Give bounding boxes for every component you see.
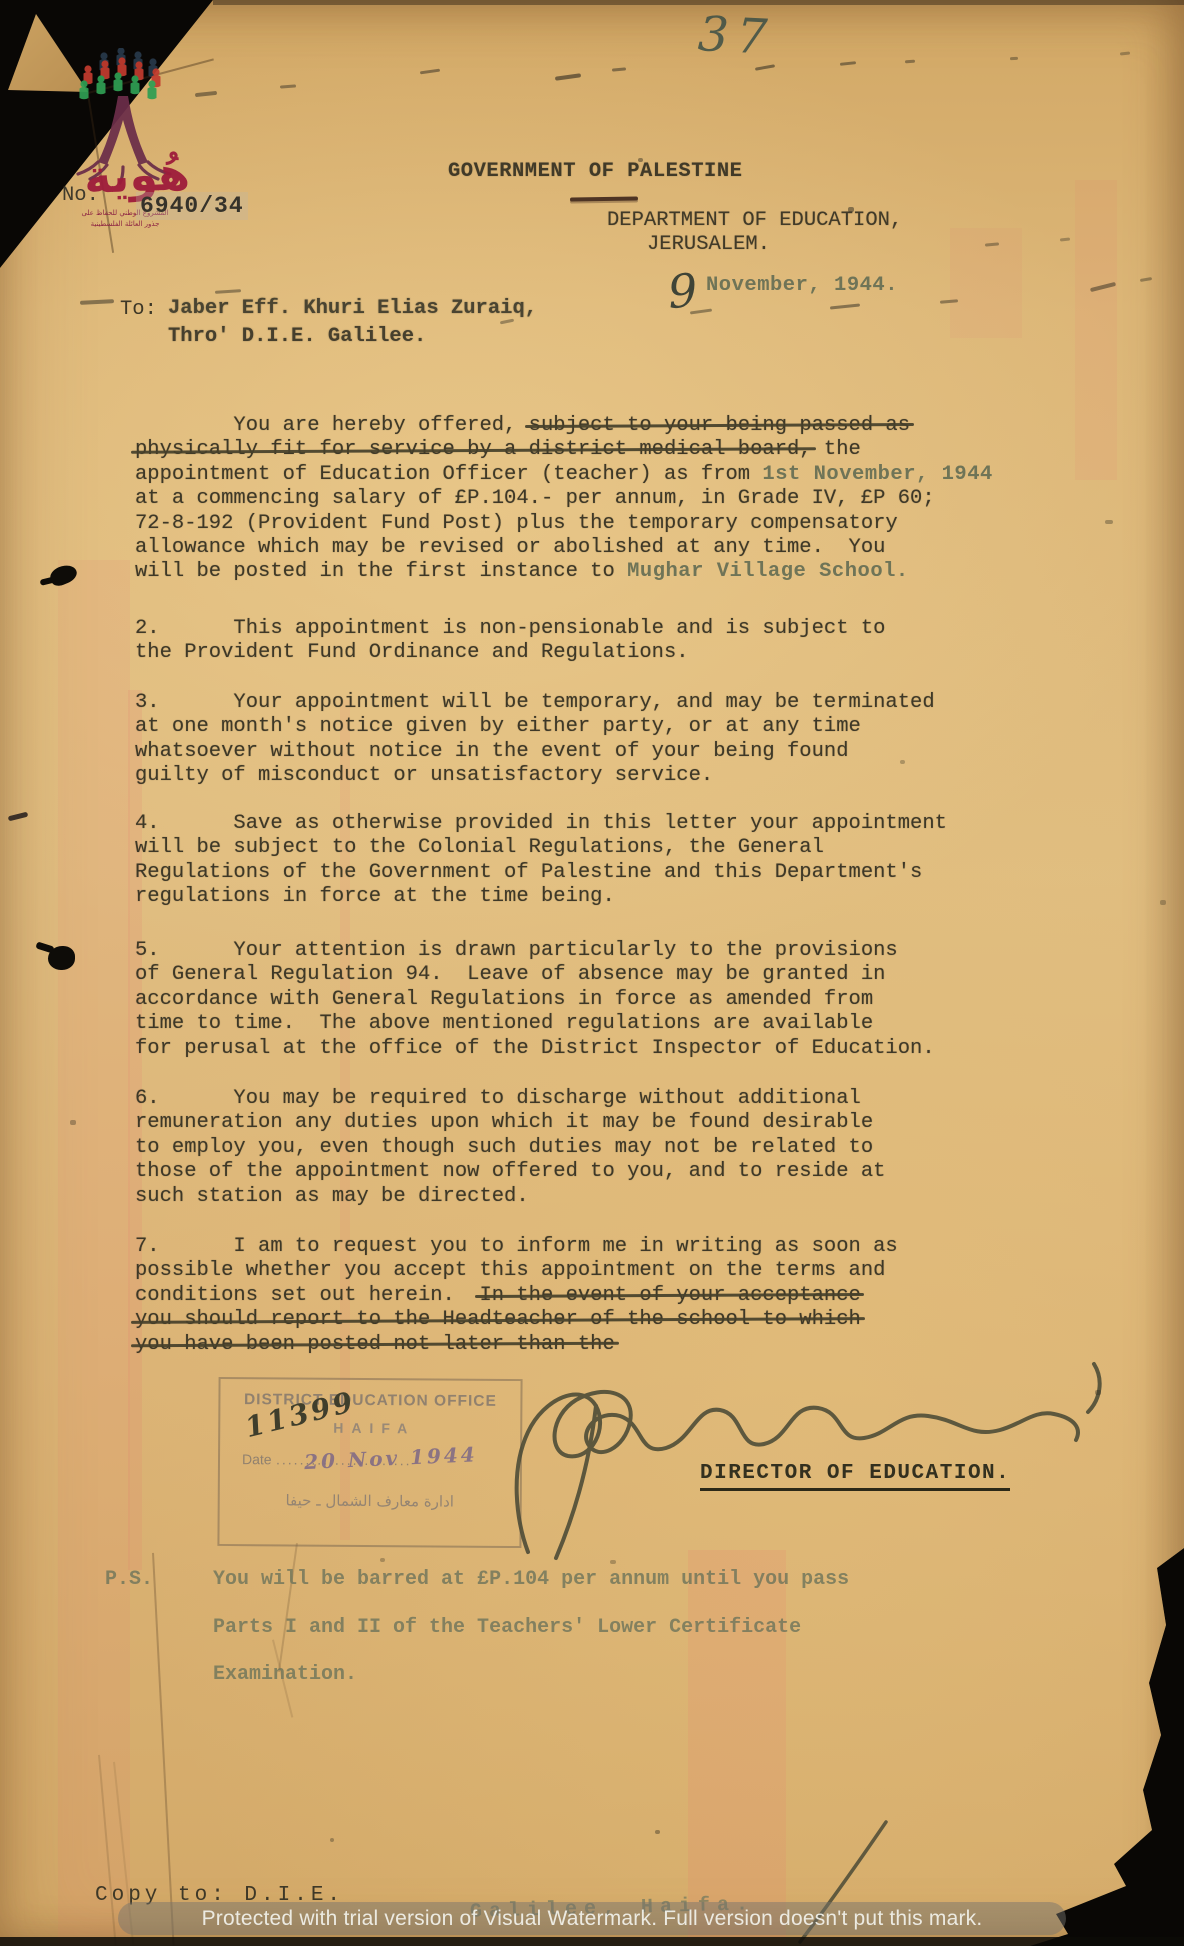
ps-line: P.S. You will be barred at £P.104 per an… [105, 1556, 849, 1604]
ps-block: P.S. You will be barred at £P.104 per an… [105, 1556, 849, 1699]
letter-line: the Provident Fund Ordinance and Regulat… [135, 641, 885, 665]
letter-paragraph: 3. Your appointment will be temporary, a… [135, 691, 935, 789]
letter-line: You are hereby offered, subject to your … [135, 414, 993, 438]
letter-line: those of the appointment now offered to … [135, 1160, 885, 1184]
letter-line: such station as may be directed. [135, 1185, 885, 1209]
date-text: November, 1944. [706, 274, 898, 297]
ink-smudge [900, 760, 905, 764]
letter-line: possible whether you accept this appoint… [135, 1259, 898, 1283]
file-number: 6940/34 [136, 192, 248, 220]
letter-line: physically fit for service by a district… [135, 438, 993, 462]
letterhead-title: GOVERNMENT OF PALESTINE [448, 160, 742, 183]
letter-line: remuneration any duties upon which it ma… [135, 1111, 885, 1135]
stamp-arabic-line: ادارة معارف الشمال ـ حيفا [230, 1491, 510, 1511]
ink-smudge [848, 207, 854, 212]
letter-line: 6. You may be required to discharge with… [135, 1087, 885, 1111]
letter-line: at a commencing salary of £P.104.- per a… [135, 487, 993, 511]
stamp-date-row: Date ....................... 20 Nov 1944 [242, 1451, 504, 1471]
ink-smudge [70, 1120, 76, 1125]
department-line: DEPARTMENT OF EDUCATION, [607, 209, 902, 232]
letter-line: at one month's notice given by either pa… [135, 715, 935, 739]
file-number-label: No. [62, 184, 99, 207]
letter-line: you should report to the Headteacher of … [135, 1308, 898, 1332]
letter-paragraph: 5. Your attention is drawn particularly … [135, 939, 935, 1061]
letter-line: for perusal at the office of the Distric… [135, 1037, 935, 1061]
ink-smudge [610, 1560, 616, 1564]
logo-tagline-line2: جذور العائلة الفلسطينية [66, 219, 184, 230]
letter-line: time to time. The above mentioned regula… [135, 1012, 935, 1036]
ps-line: Parts I and II of the Teachers' Lower Ce… [105, 1604, 849, 1652]
letter-paragraph: 6. You may be required to discharge with… [135, 1087, 885, 1209]
letter-paragraph: 7. I am to request you to inform me in w… [135, 1235, 898, 1357]
letter-line: whatsoever without notice in the event o… [135, 740, 935, 764]
signature-title: DIRECTOR OF EDUCATION. [700, 1462, 1010, 1491]
letter-line: 7. I am to request you to inform me in w… [135, 1235, 898, 1259]
letter-line: will be subject to the Colonial Regulati… [135, 836, 947, 860]
letter-line: will be posted in the first instance to … [135, 560, 993, 584]
to-label: To: [120, 298, 157, 321]
ink-smudge [1160, 900, 1166, 905]
letter-line: accordance with General Regulations in f… [135, 988, 935, 1012]
letter-paragraph: You are hereby offered, subject to your … [135, 414, 993, 585]
top-edge-shadow [213, 0, 1184, 5]
letter-paragraph: 4. Save as otherwise provided in this le… [135, 812, 947, 910]
letter-line: 4. Save as otherwise provided in this le… [135, 812, 947, 836]
letter-line: Regulations of the Government of Palesti… [135, 861, 947, 885]
letter-line: guilty of misconduct or unsatisfactory s… [135, 764, 935, 788]
watermark-text: Protected with trial version of Visual W… [202, 1907, 983, 1931]
ink-smudge [638, 158, 643, 162]
letter-paragraph: 2. This appointment is non-pensionable a… [135, 617, 885, 666]
ps-line: Examination. [105, 1651, 849, 1699]
letter-line: allowance which may be revised or abolis… [135, 536, 993, 560]
addressee-route: Thro' D.I.E. Galilee. [168, 325, 426, 348]
addressee-name: Jaber Eff. Khuri Elias Zuraiq, [168, 297, 537, 320]
letter-line: to employ you, even though such duties m… [135, 1136, 885, 1160]
ink-smudge [380, 1558, 385, 1562]
document-scan: { "colors":{ "paper":"#dcb677","ink_dark… [0, 0, 1184, 1946]
ink-smudge [1095, 1390, 1101, 1395]
letter-line: 72-8-192 (Provident Fund Post) plus the … [135, 512, 993, 536]
ink-smudge [1010, 57, 1018, 60]
stamp-date-value: 20 Nov 1944 [304, 1442, 479, 1474]
ink-smudge [1105, 520, 1113, 524]
bottom-edge-shadow [0, 1937, 1184, 1946]
letter-line: 5. Your attention is drawn particularly … [135, 939, 935, 963]
city-line: JERUSALEM. [647, 233, 770, 256]
letter-line: appointment of Education Officer (teache… [135, 463, 993, 487]
corner-number: 37 [697, 6, 777, 66]
ink-smudge [330, 1838, 334, 1842]
ink-smudge [655, 1830, 660, 1834]
letter-line: 3. Your appointment will be temporary, a… [135, 691, 935, 715]
letter-line: regulations in force at the time being. [135, 885, 947, 909]
letter-line: conditions set out herein. In the event … [135, 1284, 898, 1308]
stamp-date-label: Date [242, 1451, 272, 1467]
letter-line: of General Regulation 94. Leave of absen… [135, 963, 935, 987]
signature-icon [498, 1352, 1138, 1562]
office-stamp: DISTRICT EDUCATION OFFICE HAIFA Date ...… [217, 1377, 522, 1548]
watermark-bar: Protected with trial version of Visual W… [118, 1902, 1066, 1935]
letter-line: 2. This appointment is non-pensionable a… [135, 617, 885, 641]
